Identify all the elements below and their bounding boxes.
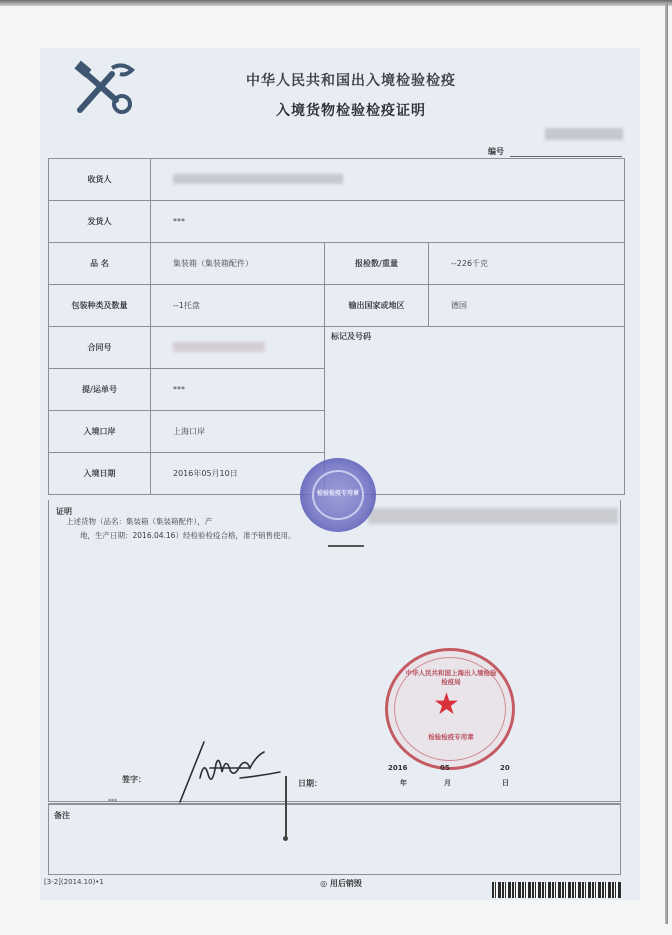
port-value: 上海口岸 <box>151 411 325 453</box>
redacted-consignee <box>173 174 343 184</box>
entry-date-label: 入境日期 <box>49 453 151 495</box>
unit-day: 日 <box>502 778 509 788</box>
notes-label: 备注 <box>54 810 70 821</box>
redacted-serial-header <box>545 128 623 140</box>
sign-year: 2016 <box>388 764 407 772</box>
consignee-value <box>151 159 625 201</box>
notes-box <box>48 803 621 875</box>
consignor-label: 发货人 <box>49 201 151 243</box>
product-name-label: 品 名 <box>49 243 151 285</box>
serial-label: 编号 <box>488 146 504 157</box>
redacted-contract <box>173 342 265 352</box>
entry-date-value: 2016年05月10日 <box>151 453 325 495</box>
redacted-remarks <box>368 508 618 524</box>
pen-stroke <box>285 776 287 838</box>
barcode <box>492 882 622 898</box>
quantity-label: 报检数/重量 <box>325 243 429 285</box>
row-consignor: 发货人 *** <box>49 201 625 243</box>
scan-edge-top <box>0 0 672 6</box>
contract-value <box>151 327 325 369</box>
row-product: 品 名 集装箱（集装箱配件） 报检数/重量 --226千克 <box>49 243 625 285</box>
unit-month: 月 <box>444 778 451 788</box>
product-name-value: 集装箱（集装箱配件） <box>151 243 325 285</box>
scan-edge-right <box>665 4 668 924</box>
marks-label: 标记及号码 <box>331 332 371 341</box>
origin-label: 输出国家或地区 <box>325 285 429 327</box>
sign-date-label: 日期： <box>298 778 322 789</box>
blue-stamp-text: 检验检疫专用章 <box>316 488 360 497</box>
packaging-label: 包装种类及数量 <box>49 285 151 327</box>
row-packaging: 包装种类及数量 --1托盘 输出国家或地区 德国 <box>49 285 625 327</box>
certificate-title: 入境货物检验检疫证明 <box>0 100 672 120</box>
serial-underline <box>510 156 622 157</box>
row-consignee: 收货人 <box>49 159 625 201</box>
bill-label: 提/运单号 <box>49 369 151 411</box>
remarks-underline <box>328 545 364 547</box>
contract-label: 合同号 <box>49 327 151 369</box>
authority-title: 中华人民共和国出入境检验检疫 <box>0 70 672 90</box>
red-seal-bottom-text: 检验检疫专用章 <box>404 732 498 741</box>
signer-label: 签字： <box>122 774 146 785</box>
remarks-line-2: 地，生产日期：2016.04.16）经检验检疫合格，准予销售使用。 <box>80 530 295 541</box>
unit-year: 年 <box>400 778 407 788</box>
red-star-icon: ★ <box>433 690 460 720</box>
origin-value: 德国 <box>429 285 625 327</box>
sign-day: 20 <box>500 764 510 772</box>
bill-value: *** <box>151 369 325 411</box>
notes-small-mark: *** <box>108 798 117 805</box>
sign-month: 05 <box>440 764 450 772</box>
handwritten-signature <box>170 738 300 808</box>
packaging-value: --1托盘 <box>151 285 325 327</box>
port-label: 入境口岸 <box>49 411 151 453</box>
certificate-form-table: 收货人 发货人 *** 品 名 集装箱（集装箱配件） 报检数/重量 --226千… <box>48 158 625 495</box>
pen-dot <box>283 836 288 841</box>
red-seal-text: 中华人民共和国上海出入境检验检疫局 <box>404 668 498 686</box>
row-contract: 合同号 标记及号码 <box>49 327 625 369</box>
consignee-label: 收货人 <box>49 159 151 201</box>
quantity-value: --226千克 <box>429 243 625 285</box>
consignor-value: *** <box>151 201 625 243</box>
marks-cell: 标记及号码 <box>325 327 625 495</box>
